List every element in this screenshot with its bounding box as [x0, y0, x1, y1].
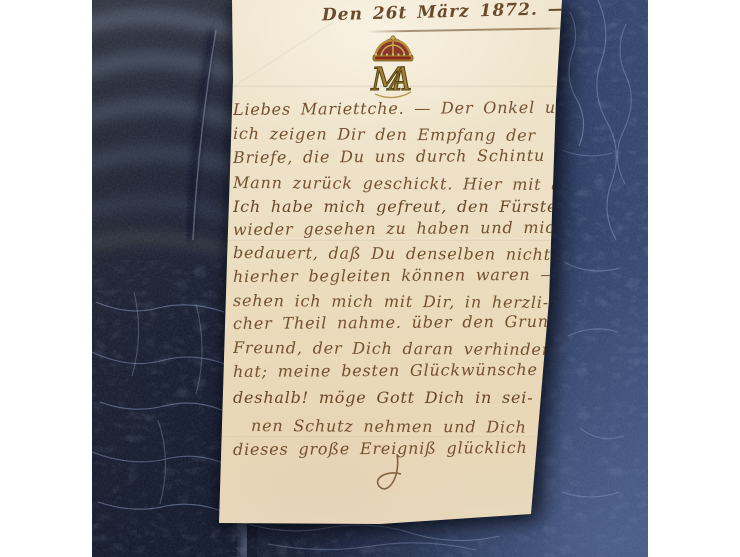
handwriting-line: hat; meine besten Glückwünsche: [233, 360, 559, 382]
monogram-letters: M A: [370, 60, 412, 98]
photo-of-letter-on-leather: Den 26t März 1872. ——: [92, 0, 648, 557]
handwriting-line: Freund, der Dich daran verhindert: [233, 338, 559, 360]
paper-corner-crease: [232, 20, 334, 88]
handwriting-line: sehen ich mich mit Dir, in herzli-: [233, 291, 559, 313]
handwriting-line: Ich habe mich gefreut, den Fürsten: [233, 197, 559, 217]
svg-text:A: A: [386, 60, 412, 98]
crown-icon: [373, 36, 413, 61]
handwriting-line: nen Schutz nehmen und Dich: [251, 416, 577, 438]
handwriting-line: wieder gesehen zu haben und mich: [233, 218, 559, 240]
handwriting-line: bedauert, daß Du denselben nicht fest: [233, 243, 559, 265]
handwriting-line: hierher begleiten können waren —: [233, 265, 559, 287]
handwriting-line: ich zeigen Dir den Empfang der: [233, 124, 559, 146]
letter-paper: Den 26t März 1872. ——: [217, 0, 569, 532]
date-underline-flourish: [367, 27, 572, 33]
handwritten-date-line: Den 26t März 1872. ——: [322, 0, 578, 25]
letter-paper-wrapper: Den 26t März 1872. ——: [217, 0, 569, 538]
handwriting-line: Liebes Mariettche. — Der Onkel und: [233, 98, 559, 120]
handwriting-line: Mann zurück geschickt. Hier mit a.: [233, 173, 559, 195]
handwriting-line: deshalb! möge Gott Dich in sei-: [233, 388, 559, 408]
royal-monogram-crest: M A: [367, 34, 419, 100]
handwriting-line: cher Theil nahme. über den Grund: [233, 312, 559, 334]
handwriting-line: Briefe, die Du uns durch Schintu: [233, 146, 559, 168]
page: { "scene": { "description": "Photograph …: [0, 0, 740, 557]
ink-flourish: [367, 452, 427, 502]
